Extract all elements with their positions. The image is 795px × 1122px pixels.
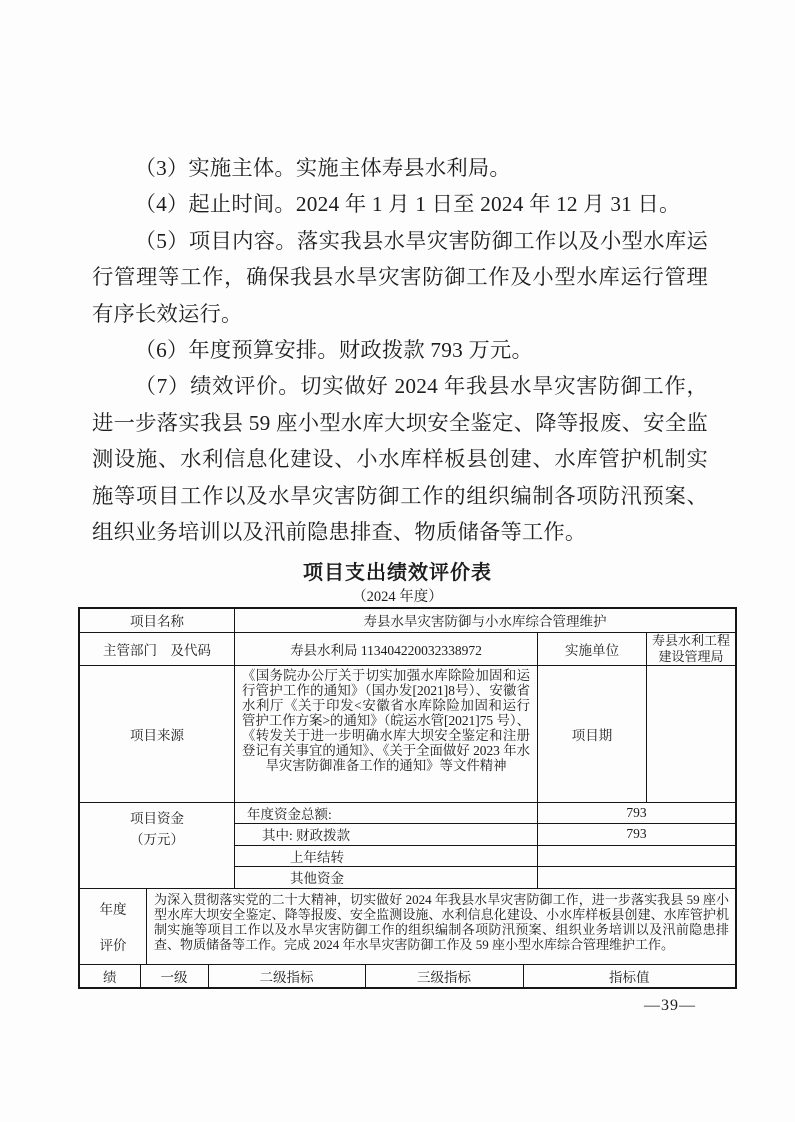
body-text-block: （3）实施主体。实施主体寿县水利局。 （4）起止时间。2024 年 1 月 1 …: [92, 150, 708, 550]
table-row-project-name: 项目名称 寿县水旱灾害防御与小水库综合管理维护: [80, 609, 735, 633]
department-label: 主管部门 及代码: [80, 633, 235, 665]
paragraph-7: （7）绩效评价。切实做好 2024 年我县水旱灾害防御工作，进一步落实我县 59…: [92, 368, 708, 550]
source-label: 项目来源: [80, 666, 235, 802]
table-row-funds: 项目资金 （万元） 年度资金总额: 793 其中: 财政拨款 793 上年结转 …: [80, 803, 735, 889]
funds-total-label: 年度资金总额:: [235, 803, 538, 824]
page-number: —39—: [630, 997, 710, 1015]
funds-fiscal-value: 793: [538, 824, 735, 845]
impl-unit-value: 寿县水利工程建设管理局: [647, 633, 735, 665]
funds-grid: 年度资金总额: 793 其中: 财政拨款 793 上年结转 其他资金: [235, 803, 735, 888]
table-row-indicator-header: 绩 一级 二级指标 三级指标 指标值: [80, 965, 735, 987]
paragraph-4: （4）起止时间。2024 年 1 月 1 日至 2024 年 12 月 31 日…: [92, 186, 708, 222]
funds-label-line1: 项目资金: [130, 808, 184, 829]
table-subtitle: （2024 年度）: [0, 585, 795, 606]
annual-eval-label-line1: 年度: [100, 898, 127, 918]
funds-row-other: 其他资金: [235, 867, 735, 888]
project-name-label: 项目名称: [80, 609, 235, 632]
project-period-label: 项目期: [538, 666, 647, 802]
table-row-annual-eval: 年度 评价 为深入贯彻落实党的二十大精神，切实做好 2024 年我县水旱灾害防御…: [80, 889, 735, 965]
funds-row-total: 年度资金总额: 793: [235, 803, 735, 825]
funds-label-line2: （万元）: [130, 829, 184, 850]
funds-total-value: 793: [538, 803, 735, 824]
indicator-col-level2: 二级指标: [209, 965, 366, 987]
funds-carryover-value: [538, 846, 735, 867]
paragraph-5: （5）项目内容。落实我县水旱灾害防御工作以及小型水库运行管理等工作，确保我县水旱…: [92, 223, 708, 332]
impl-unit-label: 实施单位: [538, 633, 647, 665]
project-period-value: [647, 666, 735, 802]
indicator-col-perf: 绩: [80, 965, 141, 987]
indicator-col-level1: 一级: [141, 965, 209, 987]
annual-eval-text: 为深入贯彻落实党的二十大精神，切实做好 2024 年我县水旱灾害防御工作，进一步…: [147, 889, 735, 964]
annual-eval-label: 年度 评价: [80, 889, 147, 964]
funds-row-carryover: 上年结转: [235, 846, 735, 868]
source-value: 《国务院办公厅关于切实加强水库除险加固和运行管护工作的通知》（国办发[2021]…: [235, 666, 538, 802]
indicator-col-level3: 三级指标: [366, 965, 524, 987]
paragraph-3: （3）实施主体。实施主体寿县水利局。: [92, 150, 708, 186]
project-name-value: 寿县水旱灾害防御与小水库综合管理维护: [235, 609, 735, 632]
funds-carryover-label: 上年结转: [235, 846, 538, 867]
funds-row-fiscal: 其中: 财政拨款 793: [235, 824, 735, 846]
table-row-department: 主管部门 及代码 寿县水利局 113404220032338972 实施单位 寿…: [80, 633, 735, 666]
funds-other-label: 其他资金: [235, 867, 538, 888]
funds-label: 项目资金 （万元）: [80, 803, 235, 888]
performance-evaluation-table: 项目名称 寿县水旱灾害防御与小水库综合管理维护 主管部门 及代码 寿县水利局 1…: [78, 607, 737, 989]
paragraph-6: （6）年度预算安排。财政拨款 793 万元。: [92, 332, 708, 368]
table-row-source: 项目来源 《国务院办公厅关于切实加强水库除险加固和运行管护工作的通知》（国办发[…: [80, 666, 735, 803]
funds-other-value: [538, 867, 735, 888]
funds-fiscal-label: 其中: 财政拨款: [235, 824, 538, 845]
document-page: （3）实施主体。实施主体寿县水利局。 （4）起止时间。2024 年 1 月 1 …: [0, 0, 795, 1122]
table-title: 项目支出绩效评价表: [0, 556, 795, 585]
indicator-col-value: 指标值: [524, 965, 736, 987]
department-value: 寿县水利局 113404220032338972: [235, 633, 538, 665]
annual-eval-label-line2: 评价: [100, 934, 127, 954]
